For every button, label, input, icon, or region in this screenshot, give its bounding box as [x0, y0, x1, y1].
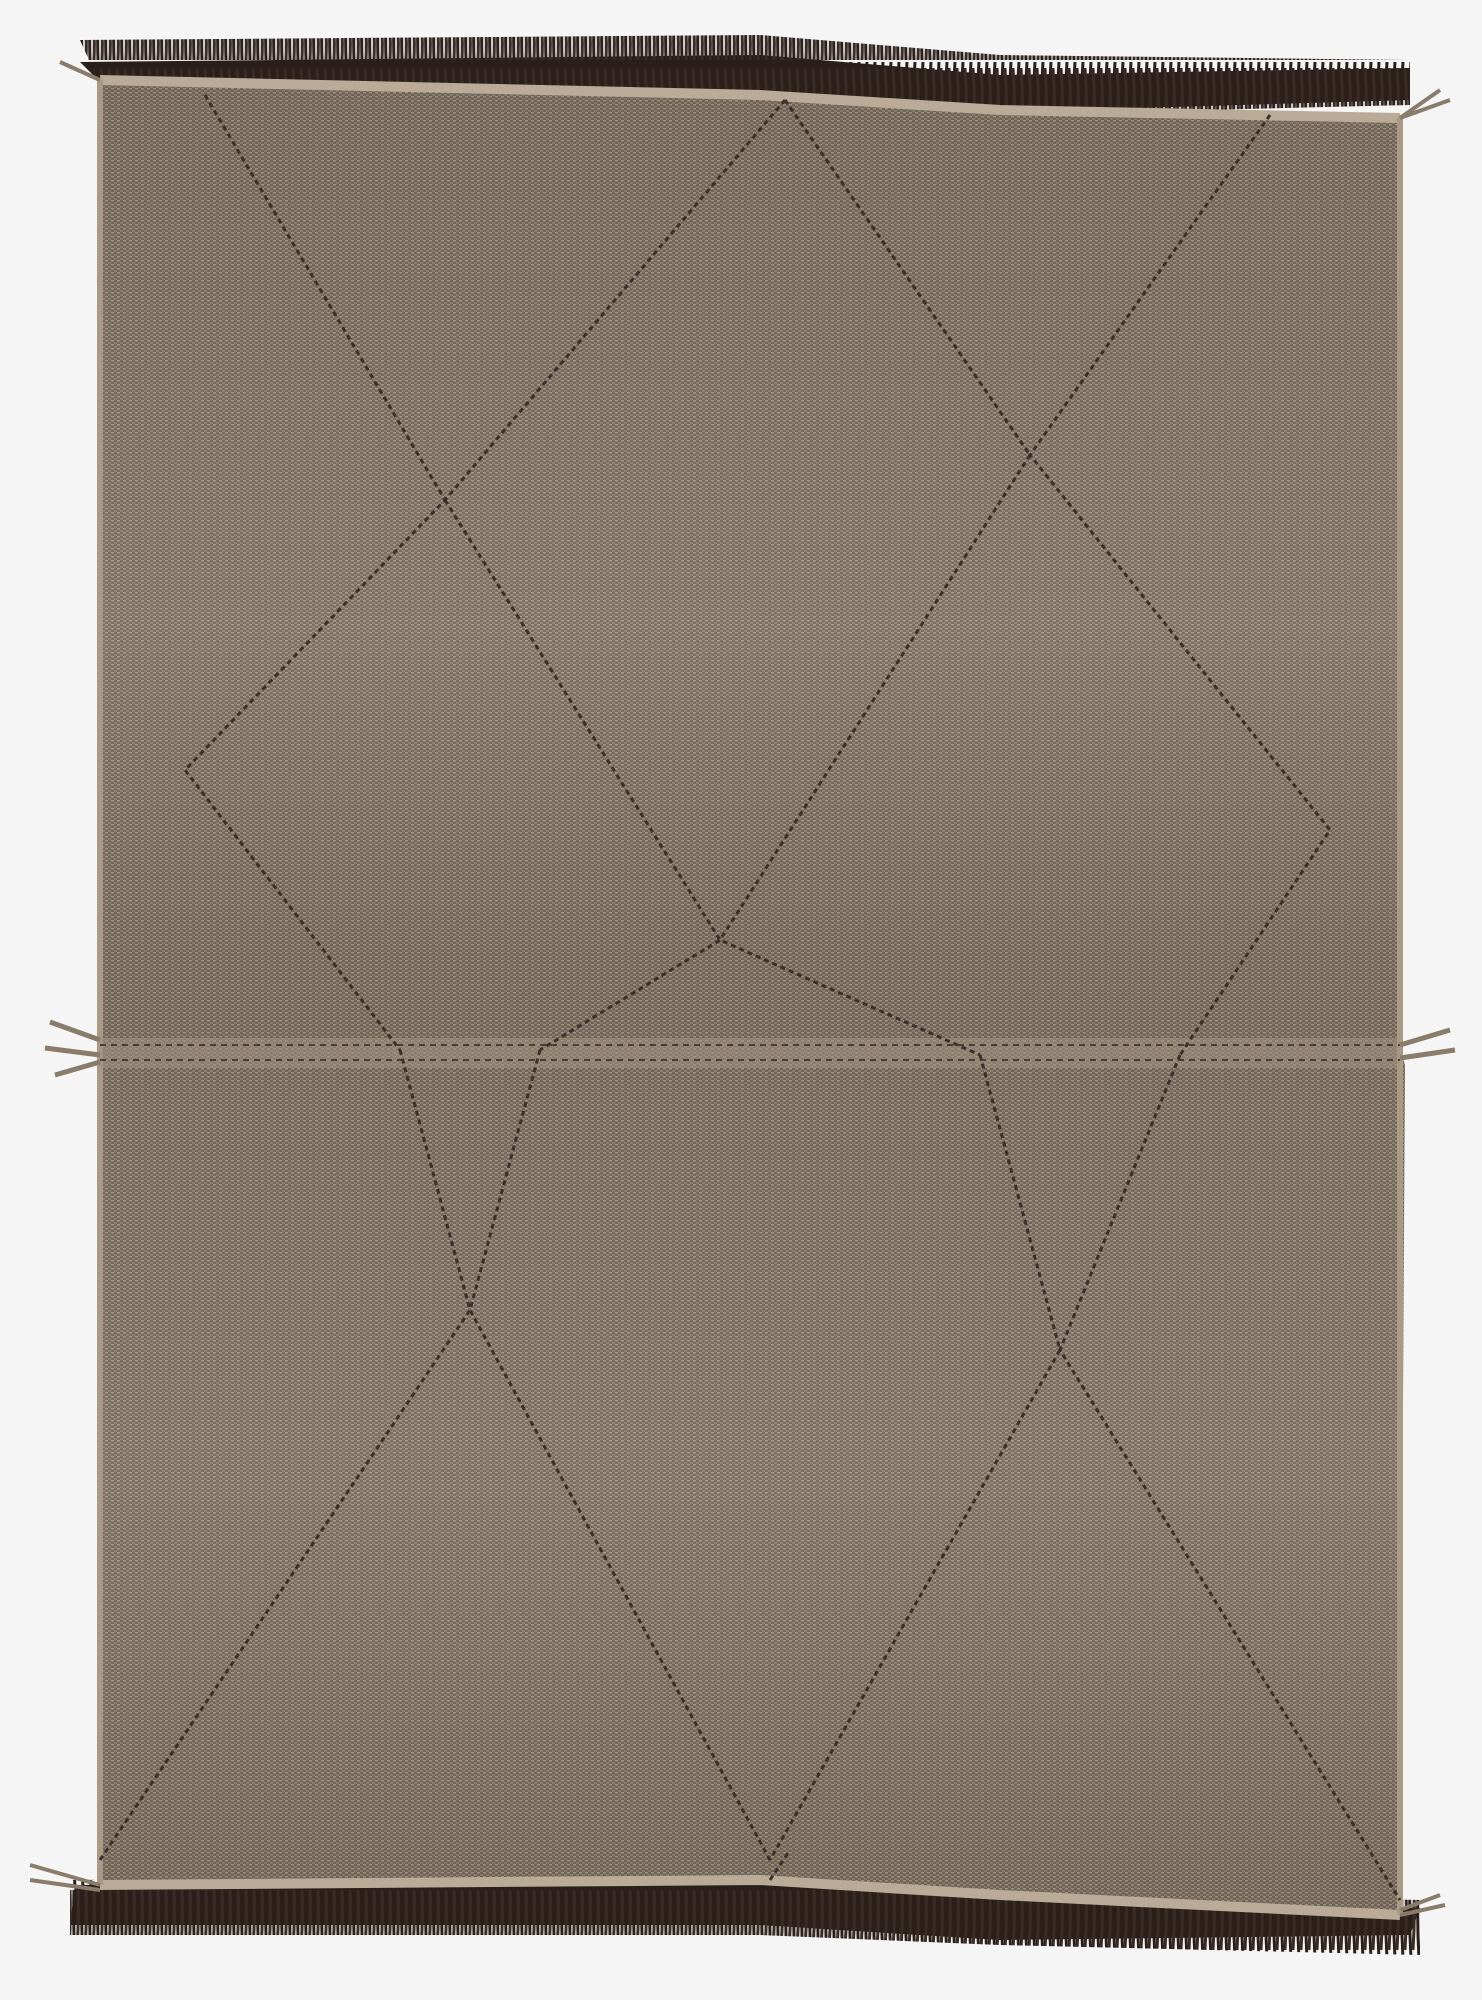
rug-body	[98, 80, 1405, 1915]
rug-photo	[0, 0, 1482, 2000]
